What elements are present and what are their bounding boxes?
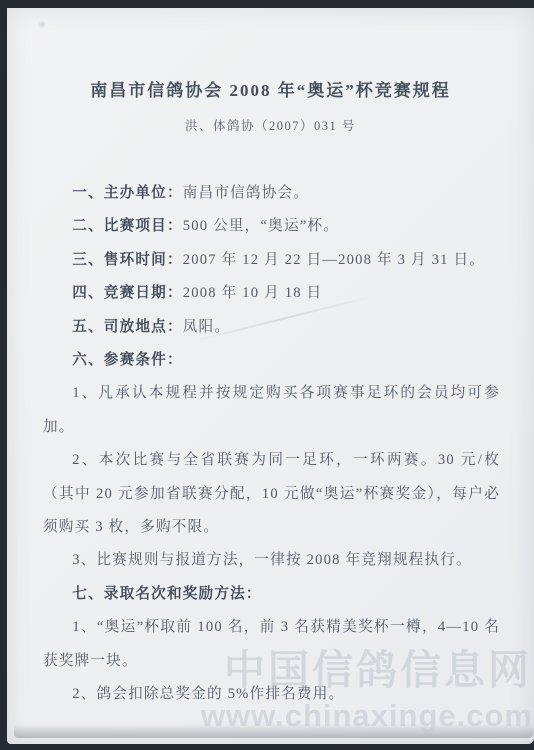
- doc-paragraph-award-1: 1、“奥运”杯取前 100 名，前 3 名获精美奖杯一樽，4—10 名获奖牌一块…: [43, 611, 500, 678]
- section-text: 500 公里，“奥运”杯。: [183, 218, 339, 234]
- section-label: 四、竞赛日期：: [72, 285, 183, 301]
- section-text: 1、凡承认本规程并按规定购买各项赛事足环的会员均可参加。: [43, 385, 500, 434]
- doc-paragraph-release-site: 五、司放地点：凤阳。: [43, 311, 500, 344]
- section-label: 三、售环时间：: [72, 252, 183, 268]
- document-number: 洪、体鸽协（2007）031 号: [7, 116, 534, 134]
- section-text: 2007 年 12 月 22 日—2008 年 3 月 31 日。: [183, 252, 485, 268]
- section-text: 2、本次比赛与全省联赛为同一足环，一环两赛。30 元/枚（其中 20 元参加省联…: [43, 452, 500, 535]
- scanned-document: 南昌市信鸽协会 2008 年“奥运”杯竞赛规程 洪、体鸽协（2007）031 号…: [0, 0, 534, 750]
- section-text: 2、鸽会扣除总奖金的 5%作排名费用。: [72, 686, 344, 702]
- doc-paragraph-award-2: 2、鸽会扣除总奖金的 5%作排名费用。: [43, 678, 500, 711]
- doc-paragraph-condition-2: 2、本次比赛与全省联赛为同一足环，一环两赛。30 元/枚（其中 20 元参加省联…: [43, 444, 500, 544]
- section-label: 一、主办单位：: [72, 185, 183, 201]
- section-text: 3、比赛规则与报道方法，一律按 2008 年竞翔规程执行。: [72, 552, 472, 568]
- section-label: 二、比赛项目：: [72, 218, 183, 234]
- section-text: 1、“奥运”杯取前 100 名，前 3 名获精美奖杯一樽，4—10 名获奖牌一块…: [43, 619, 500, 668]
- document-body: 一、主办单位：南昌市信鸽协会。 二、比赛项目：500 公里，“奥运”杯。 三、售…: [43, 177, 500, 712]
- document-title: 南昌市信鸽协会 2008 年“奥运”杯竞赛规程: [7, 8, 534, 101]
- section-text: 凤阳。: [183, 319, 230, 335]
- doc-paragraph-condition-1: 1、凡承认本规程并按规定购买各项赛事足环的会员均可参加。: [43, 377, 500, 444]
- doc-paragraph-ring-sale-period: 三、售环时间：2007 年 12 月 22 日—2008 年 3 月 31 日。: [43, 244, 500, 277]
- doc-paragraph-organizer: 一、主办单位：南昌市信鸽协会。: [43, 177, 500, 210]
- doc-paragraph-awards-heading: 七、录取名次和奖励方法：: [43, 578, 500, 611]
- paper-bottom-shadow: [14, 724, 534, 738]
- section-text: 南昌市信鸽协会。: [183, 185, 309, 201]
- section-label: 六、参赛条件：: [72, 352, 183, 368]
- doc-paragraph-entry-conditions-heading: 六、参赛条件：: [43, 344, 500, 377]
- doc-paragraph-event: 二、比赛项目：500 公里，“奥运”杯。: [43, 210, 500, 243]
- section-label: 七、录取名次和奖励方法：: [72, 586, 262, 602]
- doc-paragraph-race-date: 四、竞赛日期：2008 年 10 月 18 日: [43, 277, 500, 310]
- doc-paragraph-condition-3: 3、比赛规则与报道方法，一律按 2008 年竞翔规程执行。: [43, 544, 500, 577]
- section-text: 2008 年 10 月 18 日: [183, 285, 323, 301]
- section-label: 五、司放地点：: [72, 319, 183, 335]
- paper-sheet: 南昌市信鸽协会 2008 年“奥运”杯竞赛规程 洪、体鸽协（2007）031 号…: [7, 8, 534, 744]
